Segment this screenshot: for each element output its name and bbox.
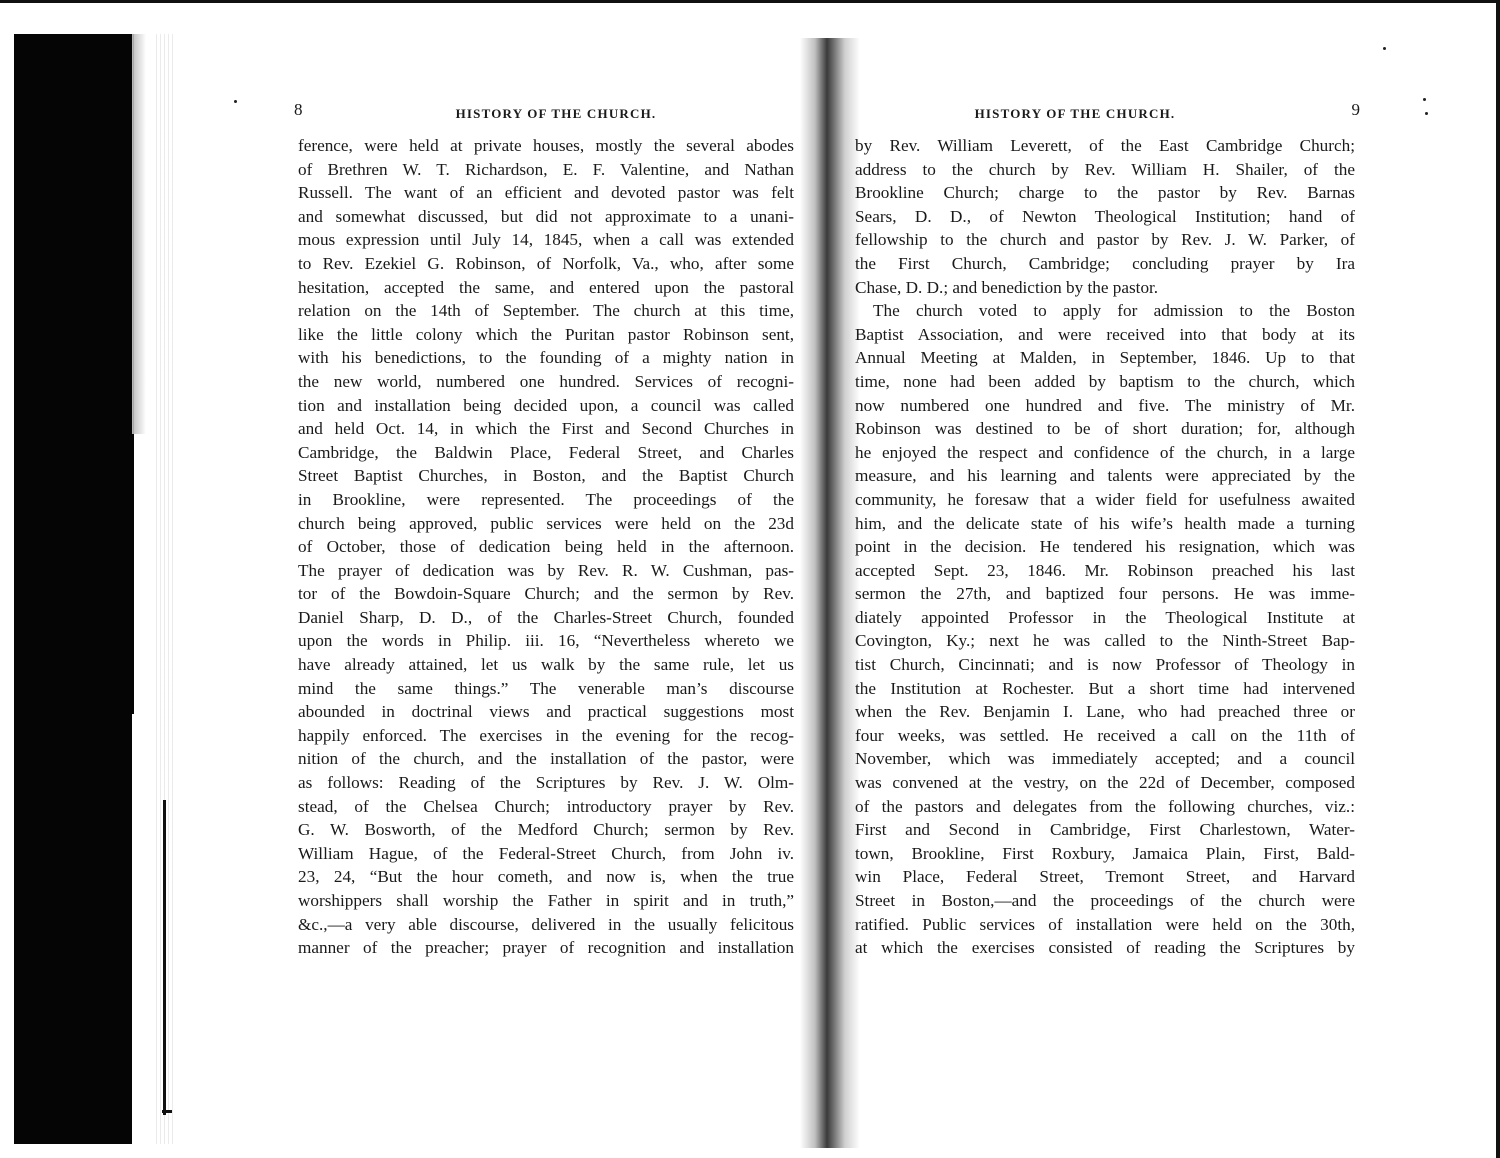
text-line: like the little colony which the Puritan… (298, 323, 794, 347)
text-line: Robinson was destined to be of short dur… (855, 417, 1355, 441)
body-text: by Rev. William Leverett, of the East Ca… (855, 134, 1355, 960)
text-line: church being approved, public services w… (298, 512, 794, 536)
left-page: 8 HISTORY OF THE CHURCH. ference, were h… (298, 98, 794, 960)
text-line: happily enforced. The exercises in the e… (298, 724, 794, 748)
text-line: now numbered one hundred and five. The m… (855, 394, 1355, 418)
text-line: abounded in doctrinal views and practica… (298, 700, 794, 724)
text-line: sermon the 27th, and baptized four perso… (855, 582, 1355, 606)
text-line: was convened at the vestry, on the 22d o… (855, 771, 1355, 795)
text-line: relation on the 14th of September. The c… (298, 299, 794, 323)
running-head: HISTORY OF THE CHURCH. 9 (855, 98, 1355, 124)
text-line: point in the decision. He tendered his r… (855, 535, 1355, 559)
page-edge-lines (156, 34, 176, 1144)
text-line: of the pastors and delegates from the fo… (855, 795, 1355, 819)
scan-speck (1423, 98, 1426, 101)
text-line: Street in Boston,—and the proceedings of… (855, 889, 1355, 913)
text-line: diately appointed Professor in the Theol… (855, 606, 1355, 630)
scan-book-edge-shadow (14, 34, 132, 1144)
running-head-title: HISTORY OF THE CHURCH. (318, 102, 794, 126)
text-line: Baptist Association, and were received i… (855, 323, 1355, 347)
text-line: with his benedictions, to the founding o… (298, 346, 794, 370)
text-line: worshippers shall worship the Father in … (298, 889, 794, 913)
text-line: the new world, numbered one hundred. Ser… (298, 370, 794, 394)
text-line: mous expression until July 14, 1845, whe… (298, 228, 794, 252)
text-line: Sears, D. D., of Newton Theological Inst… (855, 205, 1355, 229)
text-line: mind the same things.” The venerable man… (298, 677, 794, 701)
text-line: Brookline Church; charge to the pastor b… (855, 181, 1355, 205)
text-line: measure, and his learning and talents we… (855, 464, 1355, 488)
page-number: 9 (1352, 98, 1361, 122)
text-line: Annual Meeting at Malden, in September, … (855, 346, 1355, 370)
scan-speck (1425, 112, 1428, 115)
scan-edge-foot (162, 1110, 172, 1113)
text-line: time, none had been added by baptism to … (855, 370, 1355, 394)
book-gutter-shadow (800, 38, 860, 1148)
text-line: when the Rev. Benjamin I. Lane, who had … (855, 700, 1355, 724)
text-line: win Place, Federal Street, Tremont Stree… (855, 865, 1355, 889)
text-line: Covington, Ky.; next he was called to th… (855, 629, 1355, 653)
text-line: and somewhat discussed, but did not appr… (298, 205, 794, 229)
text-line: upon the words in Philip. iii. 16, “Neve… (298, 629, 794, 653)
body-text: ference, were held at private houses, mo… (298, 134, 794, 960)
text-line: ference, were held at private houses, mo… (298, 134, 794, 158)
scan-speck (1383, 47, 1386, 50)
text-line: The prayer of dedication was by Rev. R. … (298, 559, 794, 583)
text-line: have already attained, let us walk by th… (298, 653, 794, 677)
text-line: manner of the preacher; prayer of recogn… (298, 936, 794, 960)
text-line: the Institution at Rochester. But a shor… (855, 677, 1355, 701)
text-line: Street Baptist Churches, in Boston, and … (298, 464, 794, 488)
text-line: address to the church by Rev. William H.… (855, 158, 1355, 182)
running-head-title: HISTORY OF THE CHURCH. (815, 102, 1335, 126)
scan-edge-line (163, 800, 166, 1115)
text-line: of Brethren W. T. Richardson, E. F. Vale… (298, 158, 794, 182)
text-line: nition of the church, and the installati… (298, 747, 794, 771)
text-line: November, which was immediately accepted… (855, 747, 1355, 771)
text-line: him, and the delicate state of his wife’… (855, 512, 1355, 536)
text-line: Russell. The want of an efficient and de… (298, 181, 794, 205)
page-number: 8 (294, 98, 303, 122)
text-line: the First Church, Cambridge; concluding … (855, 252, 1355, 276)
text-line: in Brookline, were represented. The proc… (298, 488, 794, 512)
text-line: tor of the Bowdoin-Square Church; and th… (298, 582, 794, 606)
text-line: G. W. Bosworth, of the Medford Church; s… (298, 818, 794, 842)
text-line: Daniel Sharp, D. D., of the Charles-Stre… (298, 606, 794, 630)
text-line: &c.,—a very able discourse, delivered in… (298, 913, 794, 937)
text-line: William Hague, of the Federal-Street Chu… (298, 842, 794, 866)
text-line: of October, those of dedication being he… (298, 535, 794, 559)
text-line: ratified. Public services of installatio… (855, 913, 1355, 937)
text-line: accepted Sept. 23, 1846. Mr. Robinson pr… (855, 559, 1355, 583)
scan-speck (234, 100, 237, 103)
paragraph-start-line: The church voted to apply for admission … (855, 299, 1355, 323)
text-line: community, he foresaw that a wider field… (855, 488, 1355, 512)
text-line: hesitation, accepted the same, and enter… (298, 276, 794, 300)
text-line: tion and installation being decided upon… (298, 394, 794, 418)
text-line: stead, of the Chelsea Church; introducto… (298, 795, 794, 819)
scan-top-border (0, 0, 1500, 3)
text-line: tist Church, Cincinnati; and is now Prof… (855, 653, 1355, 677)
scan-right-border (1496, 0, 1500, 1158)
text-line: four weeks, was settled. He received a c… (855, 724, 1355, 748)
text-line: Cambridge, the Baldwin Place, Federal St… (298, 441, 794, 465)
text-line: by Rev. William Leverett, of the East Ca… (855, 134, 1355, 158)
text-line: at which the exercises consisted of read… (855, 936, 1355, 960)
right-page: HISTORY OF THE CHURCH. 9 by Rev. William… (855, 98, 1355, 960)
text-line: fellowship to the church and pastor by R… (855, 228, 1355, 252)
text-line: Chase, D. D.; and benediction by the pas… (855, 276, 1355, 300)
text-line: to Rev. Ezekiel G. Robinson, of Norfolk,… (298, 252, 794, 276)
text-line: as follows: Reading of the Scriptures by… (298, 771, 794, 795)
text-line: town, Brookline, First Roxbury, Jamaica … (855, 842, 1355, 866)
running-head: 8 HISTORY OF THE CHURCH. (298, 98, 794, 124)
scan-edge-shade (132, 34, 146, 434)
text-line: he enjoyed the respect and confidence of… (855, 441, 1355, 465)
text-line: 23, 24, “But the hour cometh, and now is… (298, 865, 794, 889)
text-line: and held Oct. 14, in which the First and… (298, 417, 794, 441)
text-line: First and Second in Cambridge, First Cha… (855, 818, 1355, 842)
